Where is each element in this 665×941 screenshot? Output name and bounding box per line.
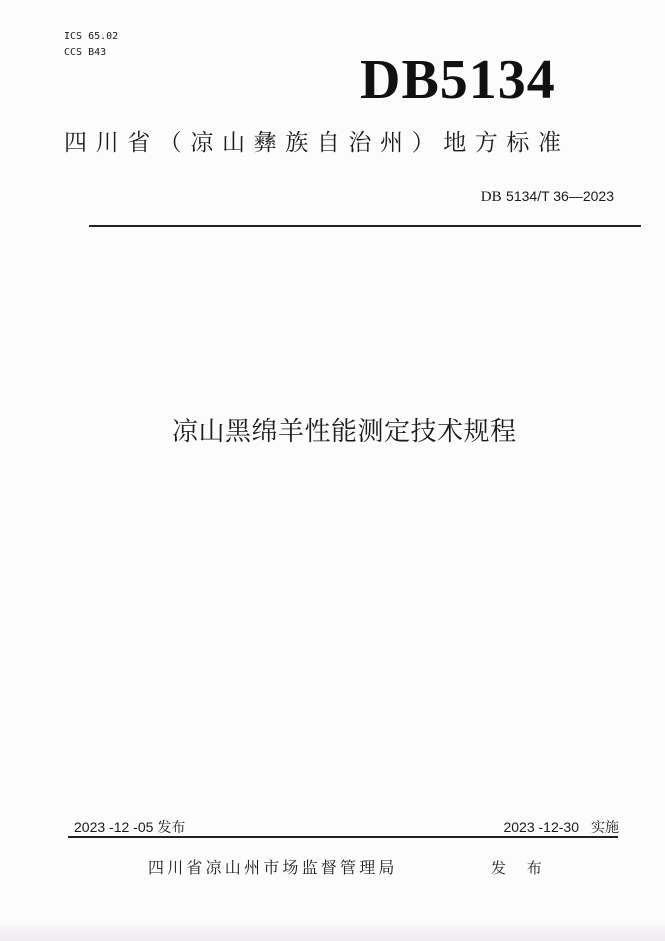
ics-code: ICS 65.02 (64, 30, 118, 44)
header-divider (89, 225, 641, 227)
standard-prefix: DB5134 (360, 50, 606, 110)
standard-type: 四川省（凉山彝族自治州）地方标准 (64, 126, 624, 160)
publish-date-line: 2023 -12 -05发布 (74, 818, 185, 836)
issued-label: 发 布 (491, 857, 550, 879)
ccs-code: CCS B43 (64, 46, 106, 60)
scan-edge (0, 925, 665, 941)
publish-label: 发布 (157, 819, 185, 835)
standard-code-number: 5134/T 36—2023 (506, 188, 614, 204)
standard-code-prefix: DB (481, 189, 502, 205)
document-title: 凉山黑绵羊性能测定技术规程 (172, 414, 517, 450)
effective-label: 实施 (591, 819, 619, 835)
effective-date-line: 2023 -12-30实施 (503, 818, 619, 836)
effective-date: 2023 -12-30 (503, 819, 579, 835)
issuer: 四川省凉山州市场监督管理局 (148, 857, 398, 879)
standard-code: DB 5134/T 36—2023 (481, 186, 614, 207)
publish-date: 2023 -12 -05 (74, 819, 153, 835)
footer-divider (68, 836, 618, 838)
